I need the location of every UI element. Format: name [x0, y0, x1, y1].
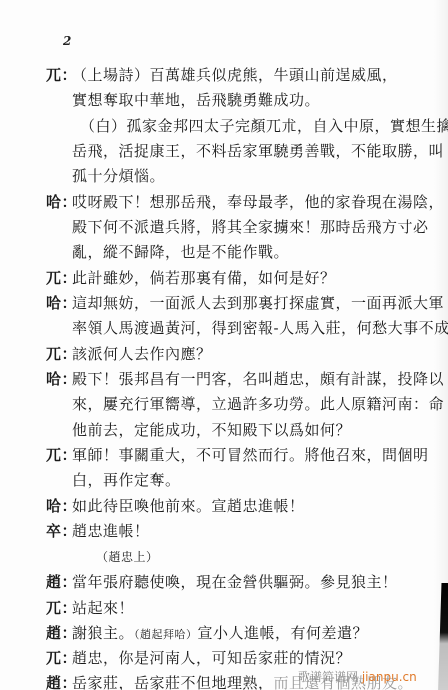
speaker-label: 兀： [46, 648, 74, 668]
dialogue-text-main: 來，屢充行軍嚮導，立過許多功勞。此人原籍河南：命 [72, 395, 444, 413]
dialogue-text-main: 這却無妨，一面派人去到那裏打探虛實，一面再派大軍 [72, 294, 444, 312]
dialogue-text: 殿下！張邦昌有一門客，名叫趙忠，頗有計謀，投降以 [72, 369, 444, 389]
dialogue-text: 孤十分煩惱。 [72, 166, 165, 186]
scanned-page: 2 兀：（上場詩）百萬雄兵似虎熊，牛頭山前逞威風，實想奪取中華地，岳飛驍勇難成功… [0, 0, 448, 690]
dialogue-text: 實想奪取中華地，岳飛驍勇難成功。 [72, 90, 320, 110]
watermark: 歌谱简谱网 jianpu.cn [298, 668, 417, 685]
dialogue-text-main: （上場詩）百萬雄兵似虎熊，牛頭山前逞威風， [72, 66, 398, 84]
dialogue-text: 這却無妨，一面派人去到那裏打探虛實，一面再派大軍 [72, 293, 444, 313]
dialogue-text-main: 謝狼主。 [72, 624, 134, 642]
speaker-label: 兀： [46, 268, 74, 288]
dialogue-text-main: 殿下何不派遣兵將，將其全家擄來！那時岳飛方寸必 [72, 218, 429, 236]
dialogue-text-main: 站起來！ [72, 599, 134, 617]
dialogue-text: 此計雖妙，倘若那裏有備，如何是好？ [72, 268, 336, 288]
dialogue-text: 他前去，定能成功，不知殿下以爲如何？ [72, 420, 351, 440]
dialogue-text-main: 如此待臣喚他前來。宣趙忠進帳！ [72, 497, 305, 515]
dialogue-text-main: 軍師！事關重大，不可冒然而行。將他召來，問個明 [72, 446, 429, 464]
dialogue-text: 來，屢充行軍嚮導，立過許多功勞。此人原籍河南：命 [72, 394, 444, 414]
dialogue-text-main: 亂，縱不歸降，也是不能作戰。 [72, 243, 289, 261]
dialogue-text-main: 岳家莊，岳家莊不但地理熟， [72, 674, 274, 690]
dialogue-text: 亂，縱不歸降，也是不能作戰。 [72, 242, 289, 262]
dialogue-text: （白）孤家金邦四太子完顏兀朮，自入中原，實想生擒 [80, 116, 448, 136]
speaker-label: 趙： [46, 673, 74, 690]
dialogue-text-main: 白，再作定奪。 [72, 471, 181, 489]
dialogue-text: 當年張府聽使喚，現在金營供驅弼。參見狼主！ [72, 572, 398, 592]
dialogue-text-main: 岳飛，活捉康王，不料岳家軍驍勇善戰，不能取勝，叫 [72, 142, 444, 160]
watermark-site-name: 歌谱简谱网 [298, 670, 358, 684]
speaker-label: 哈： [46, 192, 74, 212]
dialogue-text: 謝狼主。（趙起拜哈）宣小人進帳，有何差遣？ [72, 623, 368, 645]
dialogue-text-main: 趙忠進帳！ [72, 522, 150, 540]
speaker-label: 哈： [46, 293, 74, 313]
dialogue-text-main: 他前去，定能成功，不知殿下以爲如何？ [72, 421, 351, 439]
dialogue-text-main: 實想奪取中華地，岳飛驍勇難成功。 [72, 91, 320, 109]
dialogue-text: 該派何人去作內應？ [72, 344, 212, 364]
speaker-label: 哈： [46, 496, 74, 516]
dialogue-text: 如此待臣喚他前來。宣趙忠進帳！ [72, 496, 305, 516]
dialogue-text-main: 率領人馬渡過黃河，得到密報-人馬入莊，何愁大事不成！ [72, 319, 448, 337]
speaker-label: 趙： [46, 623, 74, 643]
dialogue-text-main: 孤十分煩惱。 [72, 167, 165, 185]
dialogue-text-main: 哎呀殿下！想那岳飛，奉母最孝，他的家眷現在湯陰， [72, 193, 444, 211]
speaker-label: 卒： [46, 521, 74, 541]
dialogue-text-main: （白）孤家金邦四太子完顏兀朮，自入中原，實想生擒 [80, 117, 448, 135]
page-number: 2 [63, 34, 71, 48]
dialogue-text: 站起來！ [72, 598, 134, 618]
speaker-label: 兀： [46, 344, 74, 364]
dialogue-text-after-note: 宣小人進帳，有何差遣？ [198, 624, 369, 642]
inline-stage-note: （趙起拜哈） [134, 628, 198, 641]
dialogue-text: 軍師！事關重大，不可冒然而行。將他召來，問個明 [72, 445, 429, 465]
watermark-url: jianpu.cn [362, 670, 417, 684]
dialogue-text: （上場詩）百萬雄兵似虎熊，牛頭山前逞威風， [72, 65, 398, 85]
dialogue-text-main: 該派何人去作內應？ [72, 345, 212, 363]
speaker-label: 兀： [46, 598, 74, 618]
stage-direction: （趙忠上） [96, 547, 159, 567]
dialogue-text-main: 趙忠，你是河南人，可知岳家莊的情況？ [72, 649, 351, 667]
dialogue-text-main: 此計雖妙，倘若那裏有備，如何是好？ [72, 269, 336, 287]
speaker-label: 兀： [46, 65, 74, 85]
dialogue-text-main: 殿下！張邦昌有一門客，名叫趙忠，頗有計謀，投降以 [72, 370, 444, 388]
speaker-label: 兀： [46, 445, 74, 465]
dialogue-text: 白，再作定奪。 [72, 470, 181, 490]
dialogue-text: 哎呀殿下！想那岳飛，奉母最孝，他的家眷現在湯陰， [72, 192, 444, 212]
speaker-label: 哈： [46, 369, 74, 389]
dialogue-text: 趙忠進帳！ [72, 521, 150, 541]
dialogue-text: 率領人馬渡過黃河，得到密報-人馬入莊，何愁大事不成！ [72, 318, 448, 338]
dialogue-text-main: 當年張府聽使喚，現在金營供驅弼。參見狼主！ [72, 573, 398, 591]
speaker-label: 趙： [46, 572, 74, 592]
dialogue-text: 岳飛，活捉康王，不料岳家軍驍勇善戰，不能取勝，叫 [72, 141, 444, 161]
dialogue-text: 殿下何不派遣兵將，將其全家擄來！那時岳飛方寸必 [72, 217, 429, 237]
dialogue-text: 趙忠，你是河南人，可知岳家莊的情況？ [72, 648, 351, 668]
